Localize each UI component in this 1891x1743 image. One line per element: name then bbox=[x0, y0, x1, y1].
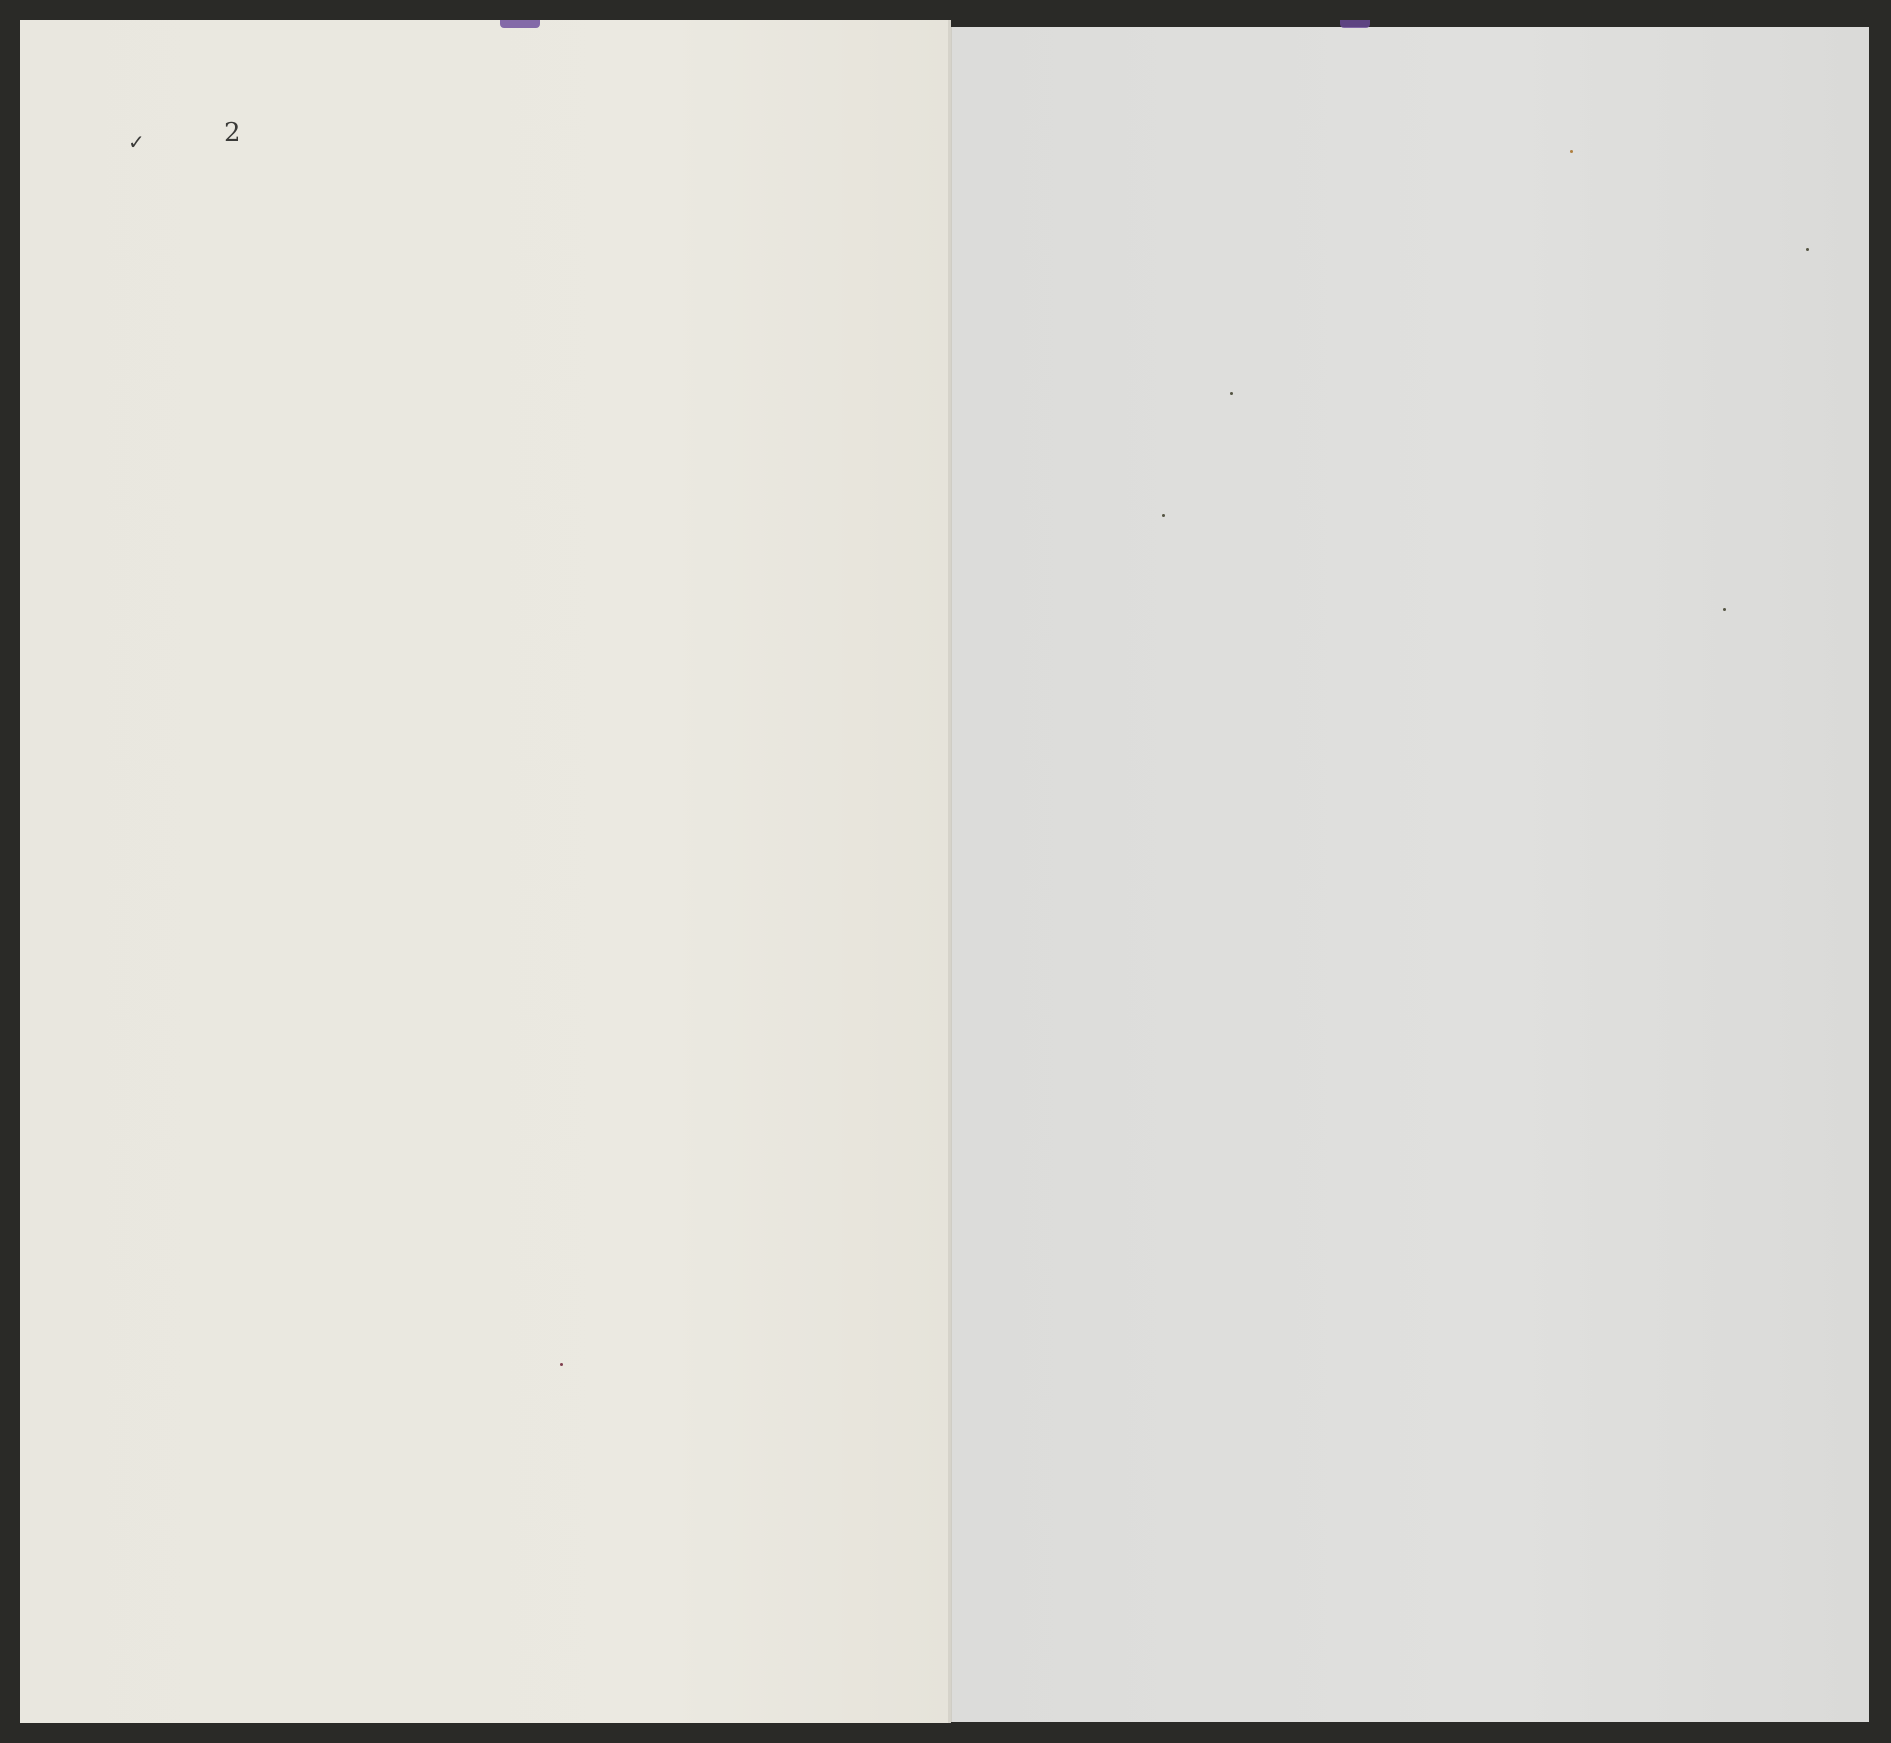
page-number: 2 bbox=[224, 118, 241, 148]
ink-stamp-trace-left bbox=[500, 20, 540, 28]
margin-check-mark: ✓ bbox=[128, 130, 145, 154]
paper-speck bbox=[560, 1363, 563, 1366]
paper-speck bbox=[1230, 392, 1233, 395]
right-page bbox=[951, 27, 1869, 1722]
paper-speck bbox=[1723, 608, 1726, 611]
paper-speck bbox=[1806, 248, 1809, 251]
left-page bbox=[20, 20, 950, 1723]
paper-speck bbox=[1162, 514, 1165, 517]
paper-speck bbox=[1570, 150, 1573, 153]
ink-stamp-trace-right bbox=[1340, 20, 1370, 28]
